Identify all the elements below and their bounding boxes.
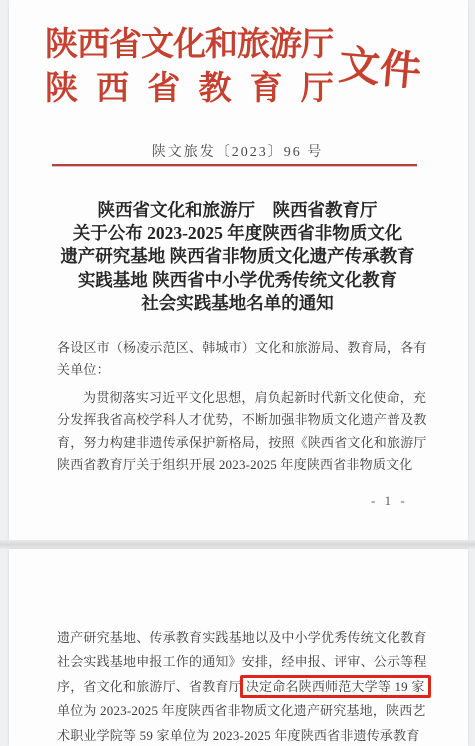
- page2-line: 社会实践基地申报工作的通知》安排，经申报、评审、公示等程: [57, 650, 425, 674]
- page2-line: 单位为 2023-2025 年度陕西省非物质文化遗产研究基地，陕西艺: [57, 699, 425, 723]
- page-1-body: 各设区市（杨凌示范区、韩城市）文化和旅游局、教育局，各有 关单位： 为贯彻落实习…: [57, 337, 423, 476]
- title-line-1: 陕西省文化和旅游厅 陕西省教育厅: [20, 199, 455, 222]
- red-separator-line: [52, 164, 417, 166]
- file-label: 文件: [337, 43, 423, 94]
- page-number: - 1 -: [371, 493, 408, 509]
- agency-name-line-1: 陕西省文化和旅游厅: [45, 26, 335, 64]
- salutation-line: 各设区市（杨凌示范区、韩城市）文化和旅游局、教育局，各有: [57, 337, 423, 359]
- scanned-document: 陕西省文化和旅游厅 陕西省教育厅 文件 陕文旅发〔2023〕96 号 陕西省文化…: [0, 0, 475, 746]
- body-line: 陕西省教育厅关于组织开展 2023-2025 年度陕西省非物质文化: [57, 454, 423, 476]
- page-divider: [0, 540, 475, 549]
- salutation-line: 关单位：: [57, 359, 423, 381]
- page2-line: 遗产研究基地、传承教育实践基地以及中小学优秀传统文化教育: [57, 626, 425, 650]
- document-title: 陕西省文化和旅游厅 陕西省教育厅 关于公布 2023-2025 年度陕西省非物质…: [20, 199, 455, 315]
- page-2-body: 遗产研究基地、传承教育实践基地以及中小学优秀传统文化教育 社会实践基地申报工作的…: [57, 626, 425, 746]
- document-reference-number: 陕文旅发〔2023〕96 号: [0, 141, 475, 161]
- body-line: 分发挥我省高校学科人才优势，不断加强非物质文化遗产普及教: [57, 409, 423, 431]
- agency-name-line-2: 陕西省教育厅: [45, 70, 335, 108]
- title-line-2: 关于公布 2023-2025 年度陕西省非物质文化: [20, 222, 455, 245]
- red-highlight-box: 决定命名陕西师范大学等 19 家: [240, 675, 431, 698]
- body-line: 为贯彻落实习近平文化思想，肩负起新时代新文化使命，充: [57, 387, 423, 409]
- body-line: 育，努力构建非遗传承保护新格局，按照《陕西省文化和旅游厅: [57, 432, 423, 454]
- highlight-line-prefix: 序，省文化和旅游厅、省教育厅: [57, 679, 242, 694]
- page2-highlight-line: 序，省文化和旅游厅、省教育厅决定命名陕西师范大学等 19 家: [57, 675, 425, 699]
- body-paragraph: 为贯彻落实习近平文化思想，肩负起新时代新文化使命，充 分发挥我省高校学科人才优势…: [57, 387, 423, 477]
- title-line-5: 社会实践基地名单的通知: [20, 292, 455, 315]
- title-line-3: 遗产研究基地 陕西省非物质文化遗产传承教育: [20, 245, 455, 268]
- page2-line: 术职业学院等 59 家单位为 2023-2025 年度陕西省非遗传承教育: [57, 724, 425, 746]
- title-line-4: 实践基地 陕西省中小学优秀传统文化教育: [20, 269, 455, 292]
